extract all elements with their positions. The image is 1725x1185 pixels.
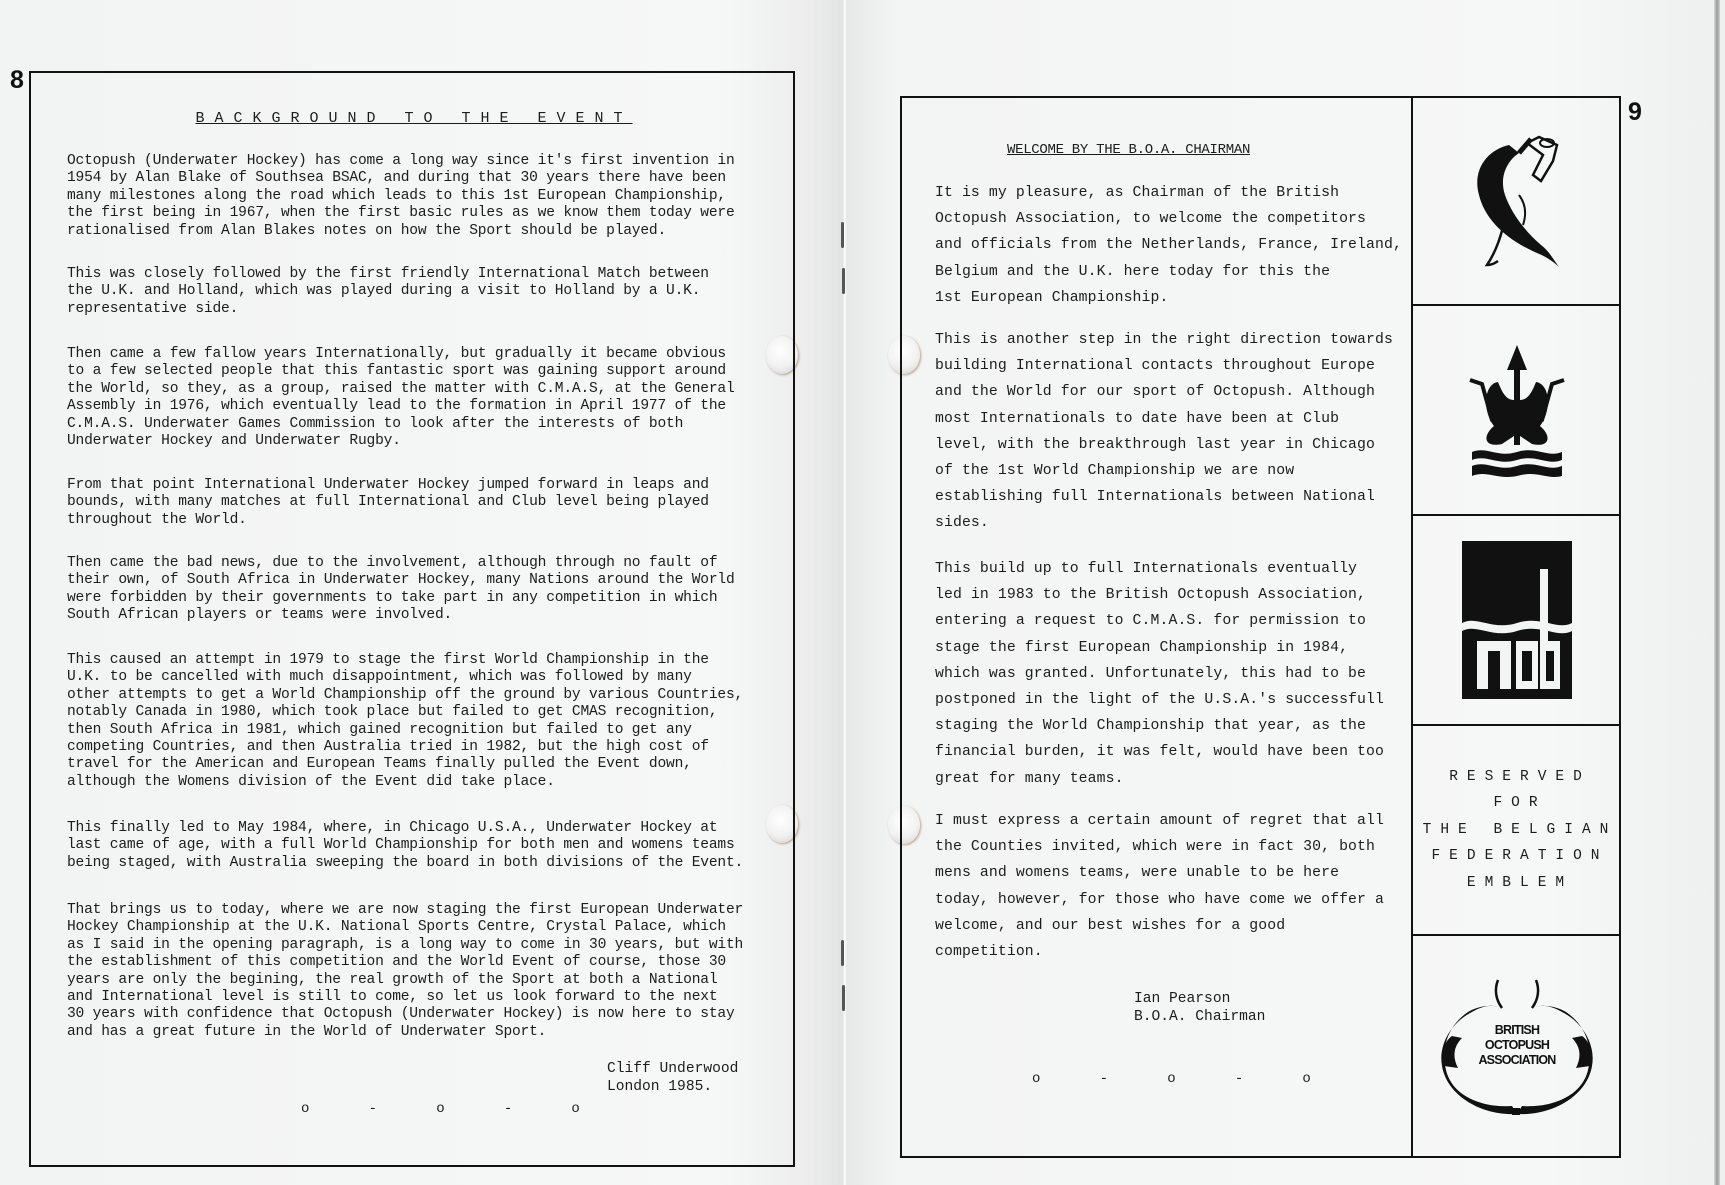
emblem-cell-reserved: RESERVED FOR THE BELGIAN FEDERATION EMBL… — [1413, 726, 1621, 936]
nob-logo-icon — [1462, 541, 1572, 699]
emblem-cell-nob — [1413, 516, 1621, 726]
paragraph: That brings us to today, where we are no… — [67, 902, 743, 1041]
paragraph: This caused an attempt in 1979 to stage … — [67, 652, 743, 791]
dolphin-icon — [1457, 125, 1577, 275]
emblem-cell-boa: BRITISH OCTOPUSH ASSOCIATION — [1413, 936, 1621, 1156]
staple — [842, 268, 845, 294]
page-number-left: 8 — [10, 66, 24, 95]
page-number-right: 9 — [1628, 98, 1642, 127]
author-signature: Cliff Underwood London 1985. — [607, 1061, 738, 1096]
emblem-cell-dolphin — [1413, 96, 1621, 306]
staple — [841, 222, 844, 248]
author-signature: Ian Pearson B.O.A. Chairman — [1134, 991, 1265, 1026]
paragraph: This finally led to May 1984, where, in … — [67, 820, 743, 872]
staple — [841, 940, 844, 966]
paragraph: I must express a certain amount of regre… — [935, 808, 1384, 965]
reserved-emblem-text: RESERVED FOR THE BELGIAN FEDERATION EMBL… — [1413, 764, 1621, 897]
emblem-column: RESERVED FOR THE BELGIAN FEDERATION EMBL… — [1411, 96, 1621, 1158]
paragraph: Then came a few fallow years Internation… — [67, 346, 735, 450]
paragraph: Then came the bad news, due to the invol… — [67, 555, 735, 625]
article-heading: BACKGROUND TO THE EVENT — [31, 110, 797, 127]
paragraph: Octopush (Underwater Hockey) has come a … — [67, 153, 735, 240]
paragraph: This was closely followed by the first f… — [67, 266, 709, 318]
section-separator: o - o - o — [1032, 1071, 1319, 1087]
background-article-frame: BACKGROUND TO THE EVENT Octopush (Underw… — [29, 71, 795, 1167]
page-edge — [1714, 0, 1720, 1185]
article-heading: WELCOME BY THE B.O.A. CHAIRMAN — [1007, 142, 1250, 158]
staple — [842, 985, 845, 1011]
trident-icon — [1462, 340, 1572, 480]
paragraph: This is another step in the right direct… — [935, 327, 1393, 537]
section-separator: o - o - o — [301, 1101, 588, 1117]
paragraph: This build up to full Internationals eve… — [935, 556, 1384, 792]
boa-emblem-text: BRITISH OCTOPUSH ASSOCIATION — [1413, 1023, 1621, 1068]
paragraph: From that point International Underwater… — [67, 477, 709, 529]
paragraph: It is my pleasure, as Chairman of the Br… — [935, 180, 1402, 311]
emblem-cell-trident — [1413, 306, 1621, 516]
